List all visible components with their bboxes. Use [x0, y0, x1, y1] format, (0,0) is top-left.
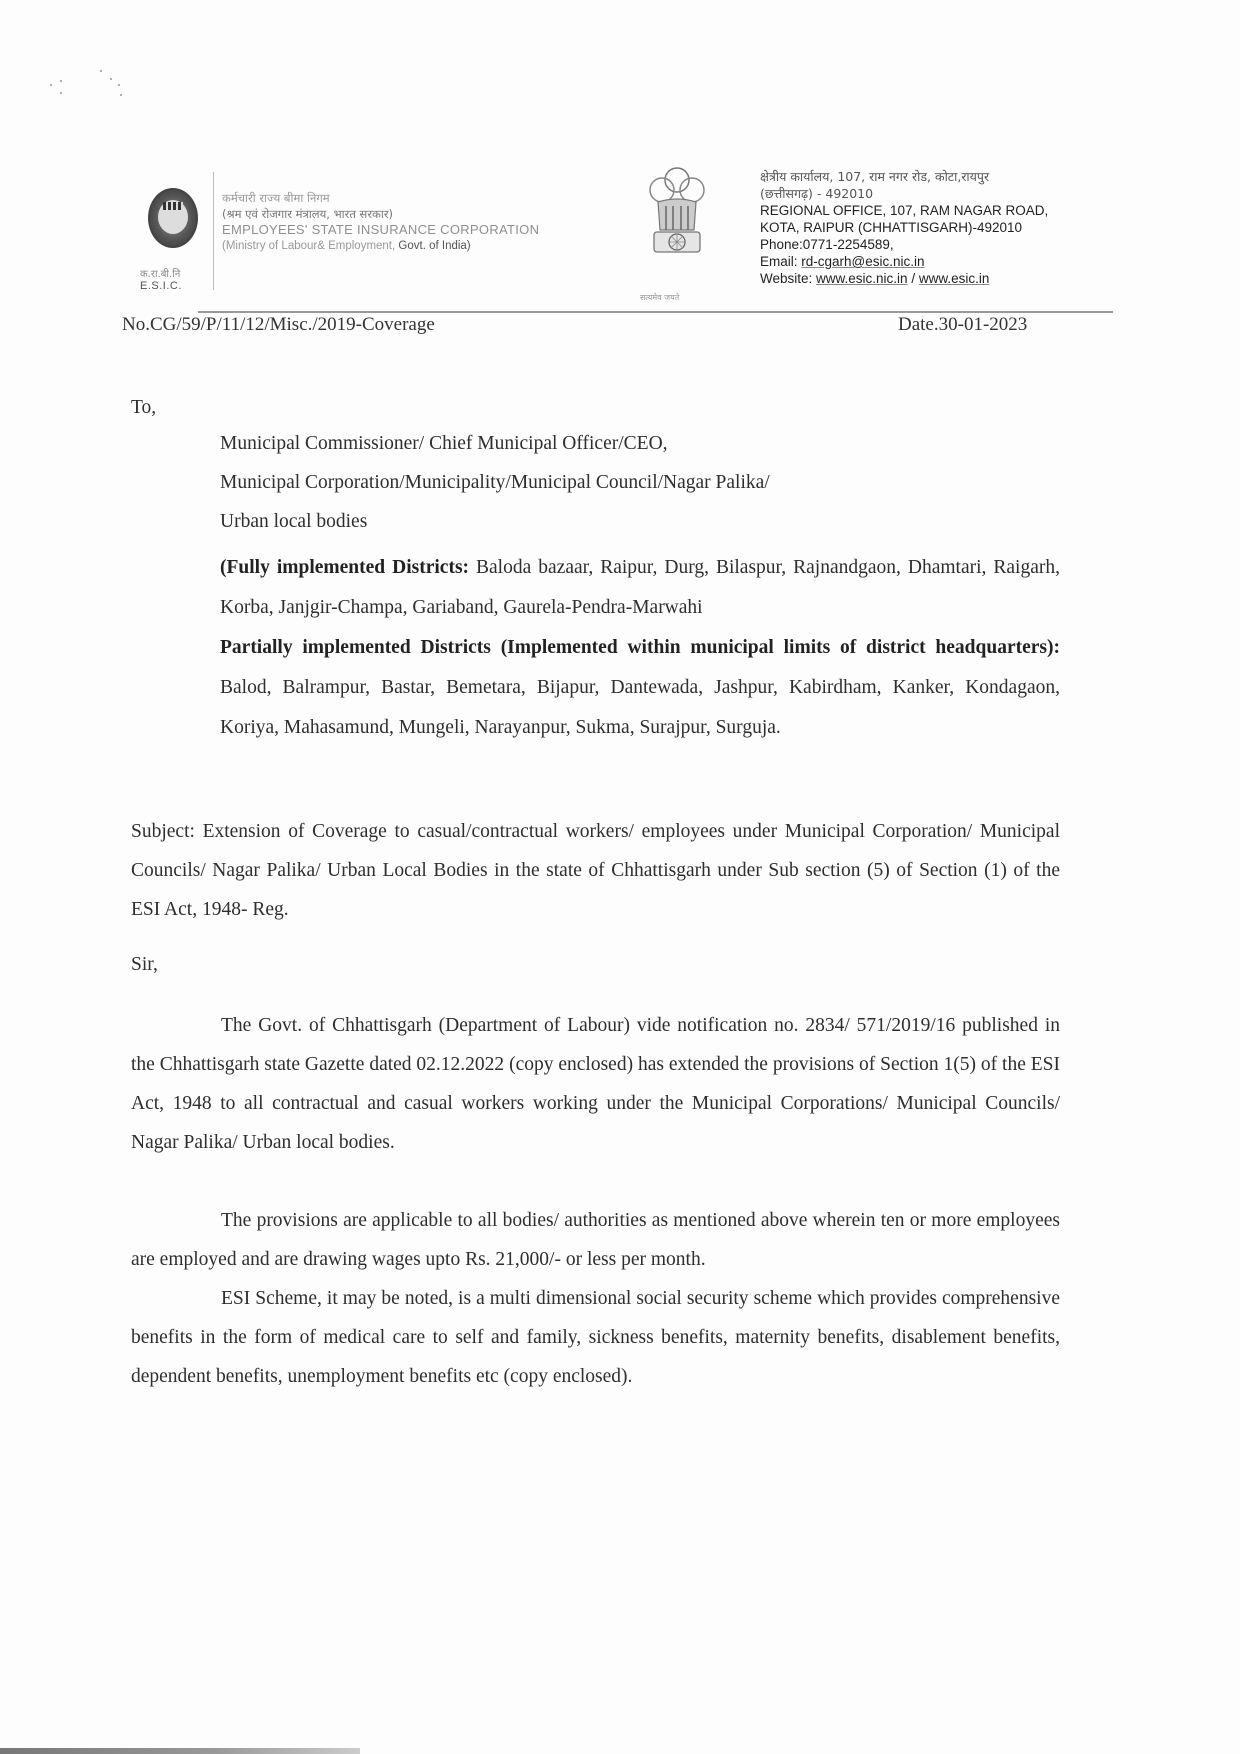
body-paragraph: The Govt. of Chhattisgarh (Department of… — [131, 1006, 1060, 1162]
letter-subject: Subject: Extension of Coverage to casual… — [131, 812, 1060, 929]
website-link-2[interactable]: www.esic.in — [919, 271, 990, 286]
district-list: (Fully implemented Districts: Baloda baz… — [220, 548, 1060, 748]
ministry-hindi: (श्रम एवं रोजगार मंत्रालय, भारत सरकार) — [222, 206, 539, 222]
letter-date: Date.30-01-2023 — [898, 314, 1027, 336]
address-line-2: KOTA, RAIPUR (CHHATTISGARH)-492010 — [760, 219, 1048, 236]
email-link[interactable]: rd-cgarh@esic.nic.in — [801, 254, 924, 269]
phone: Phone:0771-2254589, — [760, 236, 1048, 253]
organization-block: कर्मचारी राज्य बीमा निगम (श्रम एवं रोजगा… — [222, 190, 539, 254]
partially-implemented-label: Partially implemented Districts (Impleme… — [220, 637, 1060, 658]
salutation-to: To, — [131, 397, 156, 419]
org-name: EMPLOYEES' STATE INSURANCE CORPORATION — [222, 222, 539, 238]
address-line-1: REGIONAL OFFICE, 107, RAM NAGAR ROAD, — [760, 202, 1048, 219]
header-rule — [198, 311, 1113, 313]
salutation: Sir, — [131, 954, 158, 976]
scan-marks — [48, 60, 128, 150]
body-paragraph: The provisions are applicable to all bod… — [131, 1201, 1060, 1279]
website-line: Website: www.esic.nic.in / www.esic.in — [760, 270, 1048, 287]
logo-caption-hindi: क.रा.बी.नि — [140, 266, 180, 280]
recipient-line: Urban local bodies — [220, 511, 367, 533]
recipient-line: Municipal Commissioner/ Chief Municipal … — [220, 433, 668, 455]
fully-implemented-label: (Fully implemented Districts: — [220, 557, 469, 578]
logo-caption: E.S.I.C. — [140, 280, 182, 292]
office-address: क्षेत्रीय कार्यालय, 107, राम नगर रोड, को… — [760, 168, 1048, 287]
national-emblem-icon — [646, 158, 708, 278]
email-line: Email: rd-cgarh@esic.nic.in — [760, 253, 1048, 270]
body-paragraph: ESI Scheme, it may be noted, is a multi … — [131, 1279, 1060, 1396]
website-link-1[interactable]: www.esic.nic.in — [816, 271, 908, 286]
recipient-line: Municipal Corporation/Municipality/Munic… — [220, 472, 770, 494]
ministry-name: (Ministry of Labour& Employment, Govt. o… — [222, 238, 539, 254]
scan-edge — [0, 1748, 360, 1754]
partially-implemented-districts: Balod, Balrampur, Bastar, Bemetara, Bija… — [220, 677, 1060, 738]
emblem-motto: सत्यमेव जयते — [640, 292, 679, 303]
org-name-hindi: कर्मचारी राज्य बीमा निगम — [222, 190, 539, 206]
header-divider — [213, 172, 214, 290]
reference-number: No.CG/59/P/11/12/Misc./2019-Coverage — [122, 314, 435, 336]
esic-logo-icon — [148, 188, 200, 252]
address-hindi-2: (छत्तीसगढ़) - 492010 — [760, 185, 1048, 202]
address-hindi-1: क्षेत्रीय कार्यालय, 107, राम नगर रोड, को… — [760, 168, 1048, 185]
letter-page: क.रा.बी.नि E.S.I.C. कर्मचारी राज्य बीमा … — [0, 0, 1240, 1754]
